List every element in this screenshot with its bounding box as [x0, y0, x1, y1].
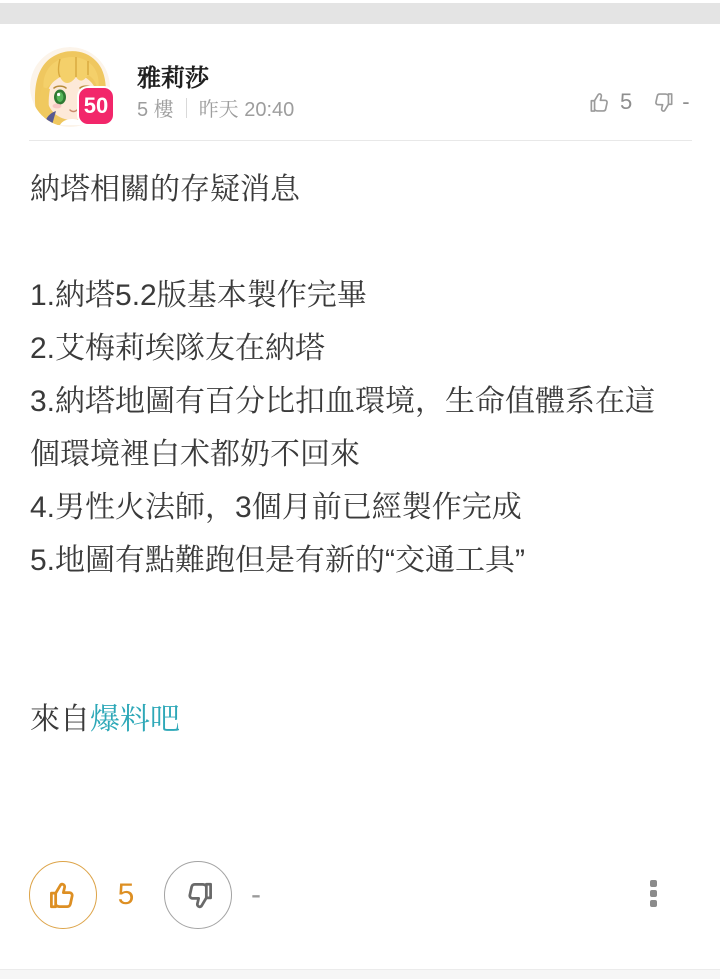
user-level-badge: 50 — [77, 86, 115, 126]
thumbs-up-icon[interactable] — [588, 90, 613, 115]
post-body-line: 納塔相關的存疑消息 — [30, 163, 692, 216]
header-like-count: 5 — [620, 89, 632, 115]
thumbs-down-icon — [182, 879, 215, 912]
post-body-line: 個環境裡白术都奶不回來 — [30, 428, 692, 481]
kebab-dot — [650, 900, 657, 907]
kebab-dot — [650, 890, 657, 897]
thumbs-up-icon — [47, 879, 80, 912]
post-meta: 5 樓 昨天 20:40 — [137, 93, 294, 122]
like-button[interactable] — [29, 861, 97, 929]
post-body-line: 4.男性火法師，3個月前已經製作完成 — [30, 481, 692, 534]
forum-post-page: 50 雅莉莎 5 樓 昨天 20:40 5 - 納塔相關的存疑消息 1.納塔5.… — [0, 0, 720, 979]
thumbs-down-icon[interactable] — [650, 90, 675, 115]
post-body-line: 3.納塔地圖有百分比扣血環境，生命值體系在這 — [30, 375, 692, 428]
post-body-line — [30, 216, 692, 269]
dislike-button[interactable] — [164, 861, 232, 929]
kebab-dot — [650, 880, 657, 887]
source-line: 來自爆料吧 — [30, 693, 180, 746]
timestamp: 昨天 20:40 — [199, 93, 295, 122]
bottom-separator-band — [0, 969, 720, 979]
source-prefix: 來自 — [30, 703, 90, 736]
post-separator-band — [0, 3, 720, 24]
header-vote-controls: 5 - — [588, 89, 690, 115]
post-body-line: 2.艾梅莉埃隊友在納塔 — [30, 322, 692, 375]
more-options-kebab-icon[interactable] — [650, 880, 657, 907]
post-body-line: 1.納塔5.2版基本製作完畢 — [30, 269, 692, 322]
username[interactable]: 雅莉莎 — [137, 58, 209, 93]
floor-label: 5 樓 — [137, 93, 174, 122]
header-divider — [29, 140, 692, 141]
post-body: 納塔相關的存疑消息 1.納塔5.2版基本製作完畢2.艾梅莉埃隊友在納塔3.納塔地… — [30, 163, 692, 587]
like-count: 5 — [110, 868, 142, 921]
meta-divider — [186, 98, 187, 118]
source-forum-link[interactable]: 爆料吧 — [90, 703, 180, 736]
post-body-line: 5.地圖有點難跑但是有新的“交通工具” — [30, 534, 692, 587]
header-dislike-count: - — [682, 89, 689, 115]
dislike-count: - — [242, 868, 270, 921]
